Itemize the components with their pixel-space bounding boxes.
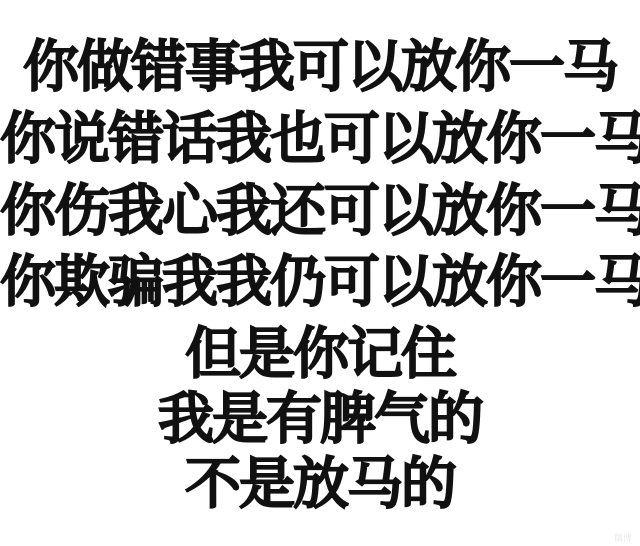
text-line-7: 不是放马的 <box>0 457 640 513</box>
text-line-5: 但是你记住 <box>0 327 640 383</box>
text-line-1: 你做错事我可以放你一马 <box>0 40 640 96</box>
watermark: 微博 <box>614 531 632 544</box>
text-line-3: 你伤我心我还可以放你一马 <box>0 184 640 240</box>
text-line-2: 你说错话我也可以放你一马 <box>0 112 640 168</box>
text-line-4: 你欺骗我我仍可以放你一马 <box>0 255 640 311</box>
text-line-6: 我是有脾气的 <box>0 392 640 448</box>
